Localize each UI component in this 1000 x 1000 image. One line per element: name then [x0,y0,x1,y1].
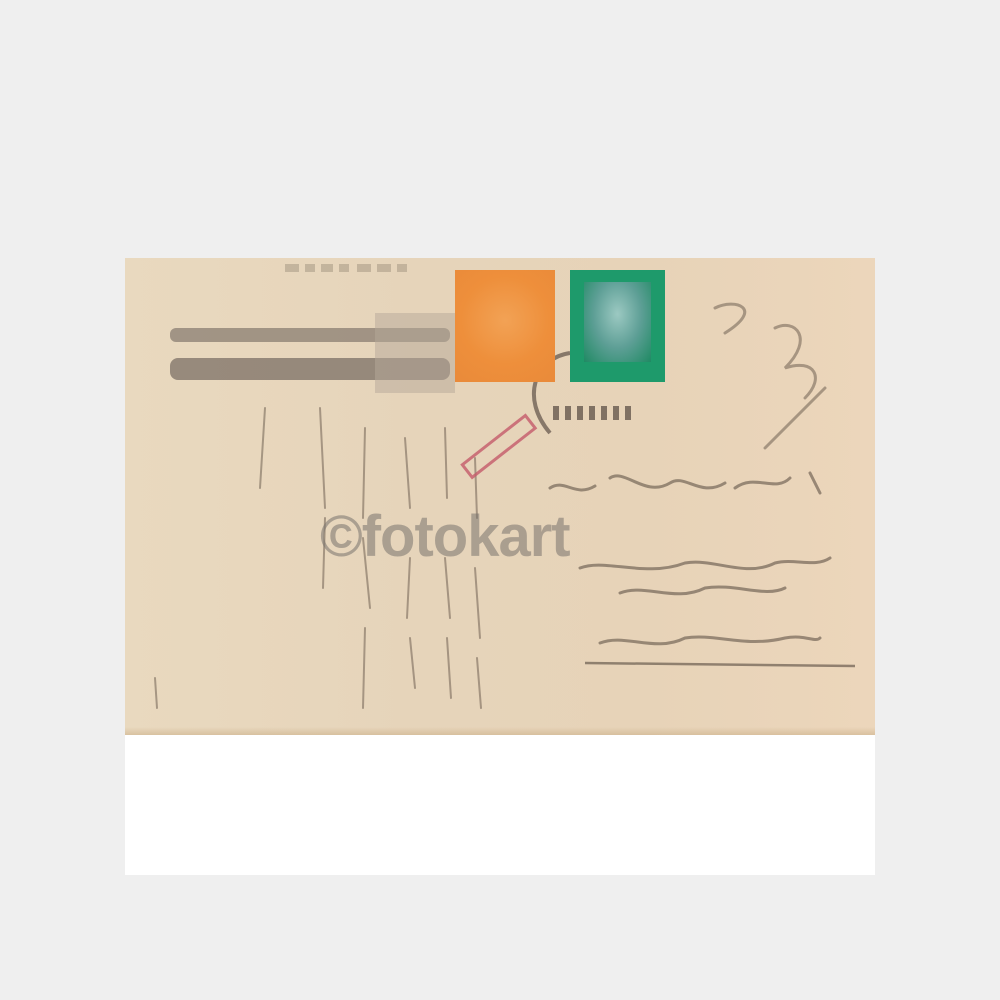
postcard-image: ©fotokart [125,258,875,735]
watermark-text: ©fotokart [320,503,570,570]
orange-postage-stamp [455,270,555,382]
green-postage-stamp [570,270,665,382]
image-frame: ©fotokart [125,258,875,875]
stamp-portrait [584,282,651,362]
